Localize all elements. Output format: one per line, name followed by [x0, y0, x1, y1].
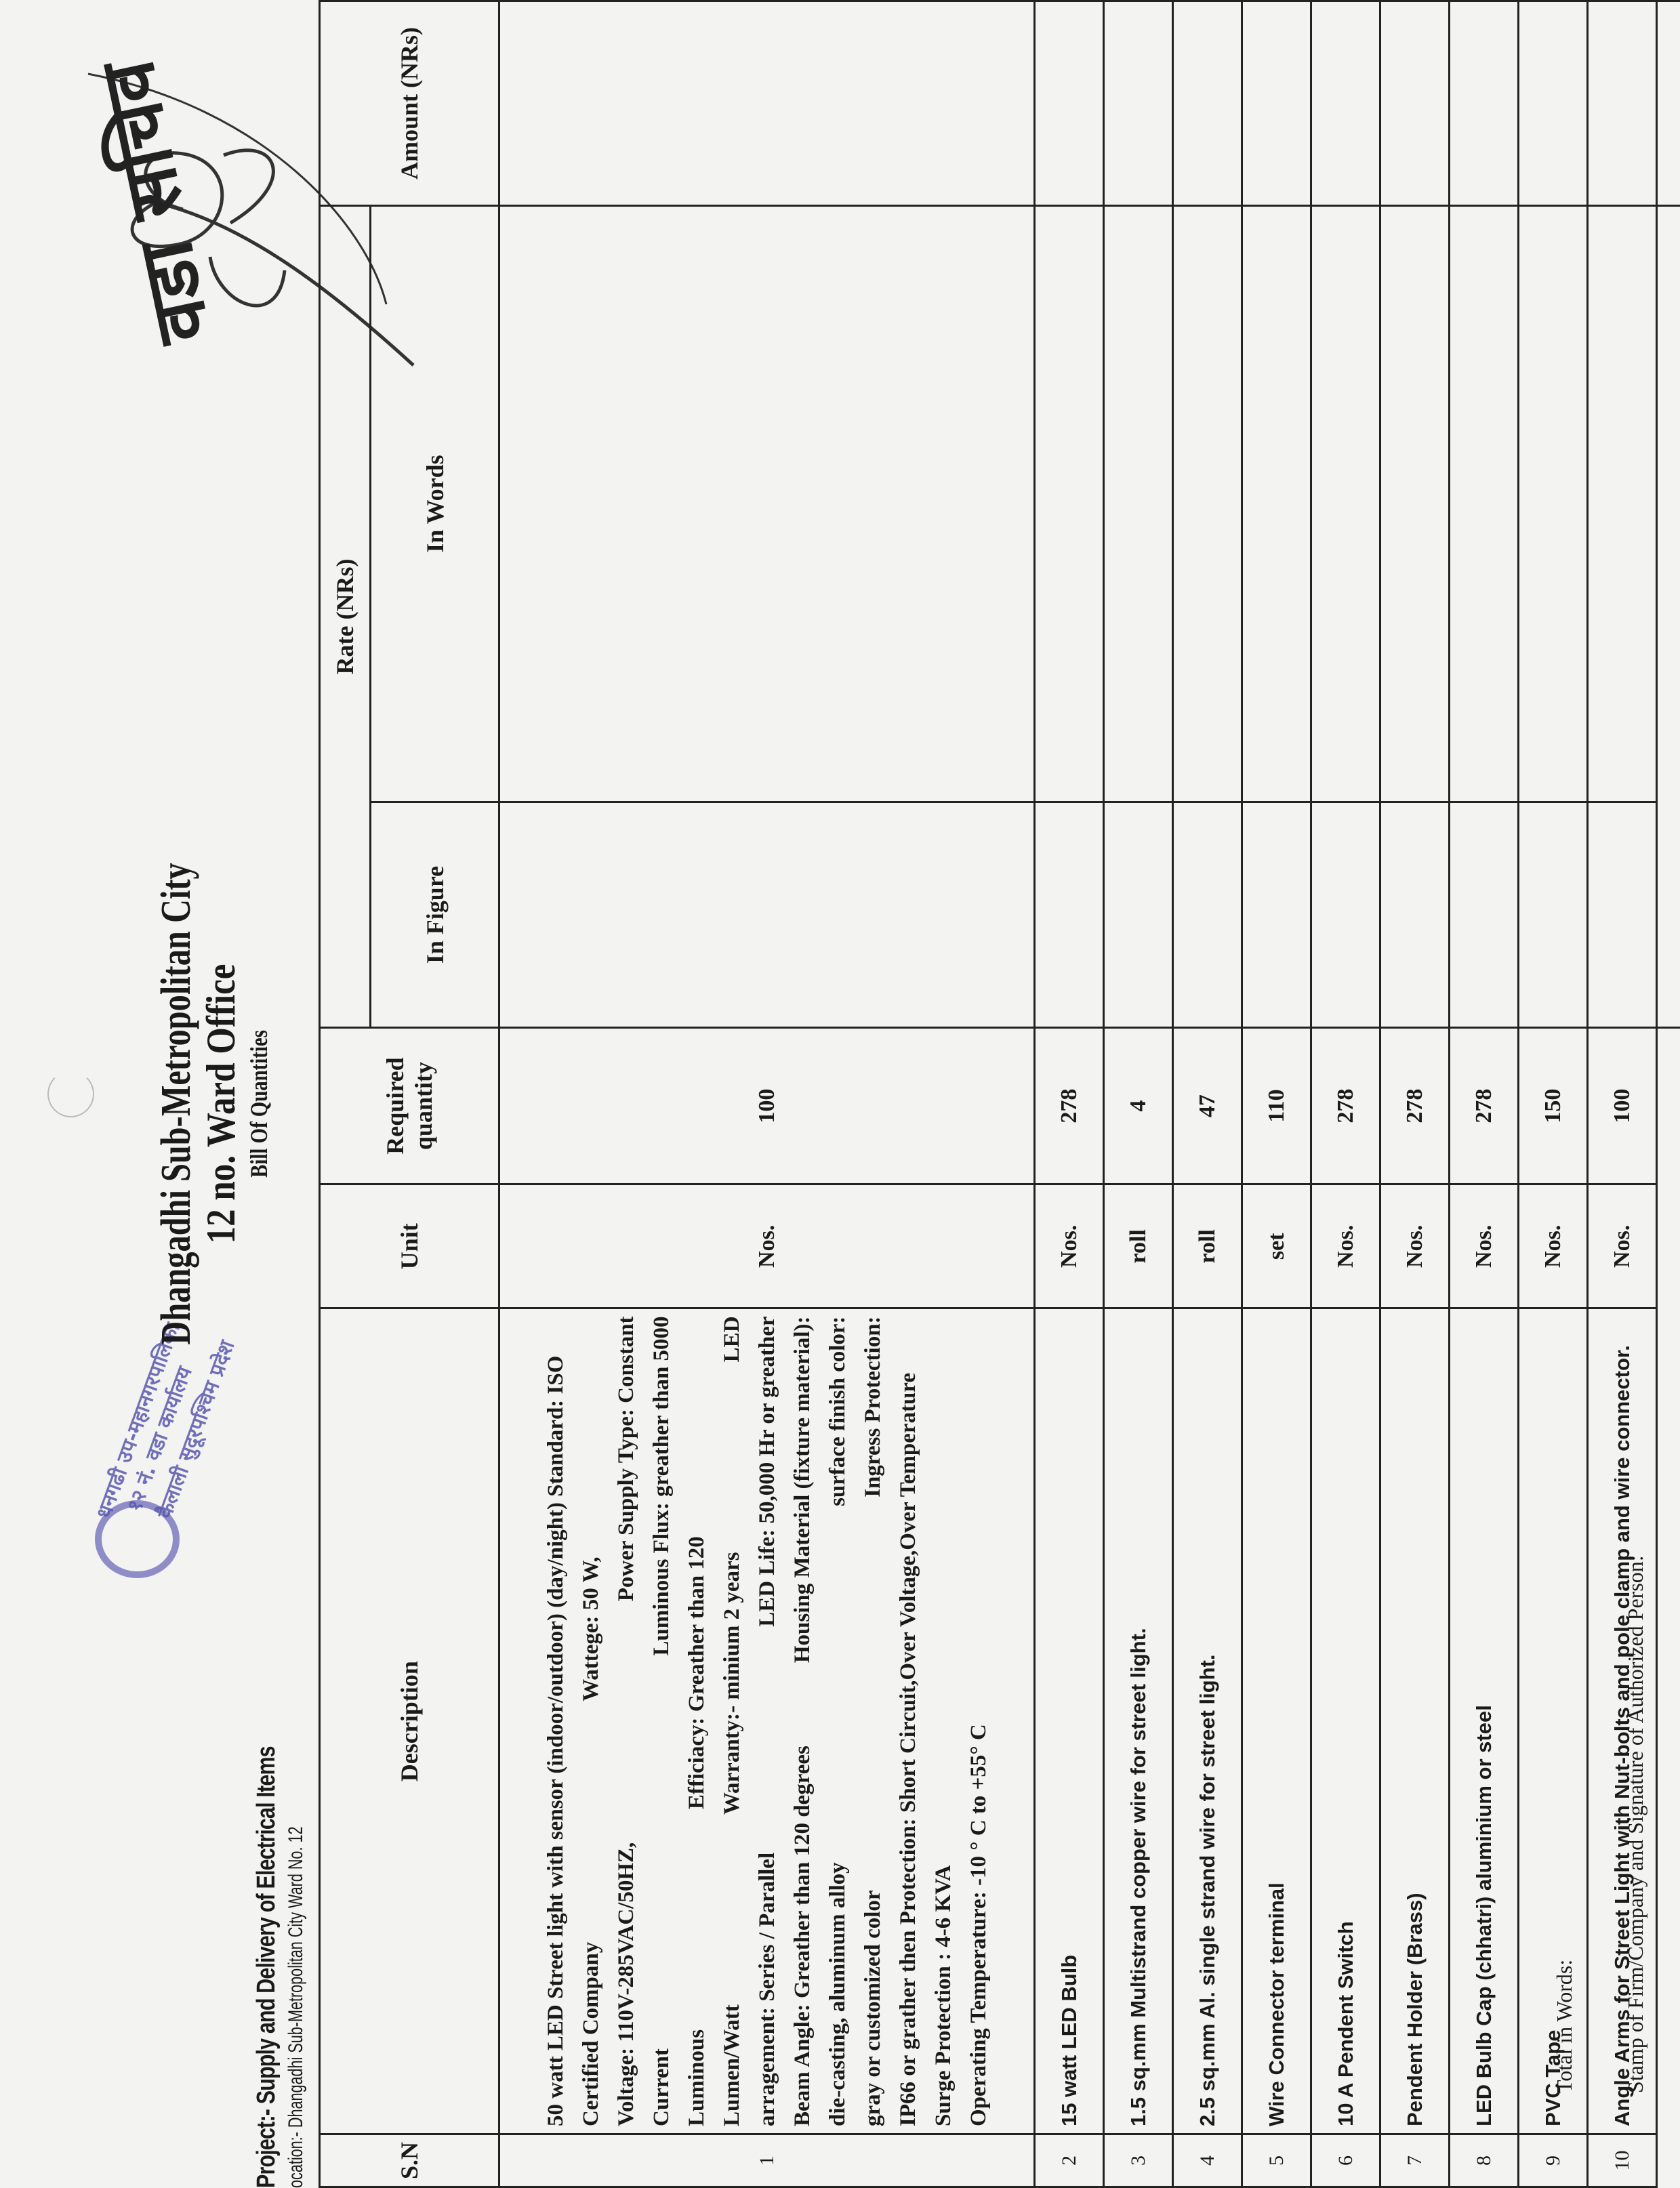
cell-sn: 7: [1380, 2134, 1450, 2187]
table-row: 610 A Pendent SwitchNos.278: [1311, 1, 1380, 2187]
description-line: LuminousEfficiacy: Greather than 120: [679, 1316, 714, 2126]
cell-amount[interactable]: [1104, 1, 1173, 206]
cell-sn: 5: [1242, 2134, 1311, 2187]
cell-rate-figure[interactable]: [1242, 802, 1311, 1028]
description-line: die-casting, aluminum alloysurface finis…: [820, 1316, 855, 2126]
cell-quantity: 278: [1380, 1027, 1450, 1184]
table-row: 9PVC TapeNos.150: [1519, 1, 1588, 2187]
cell-rate-figure[interactable]: [1519, 802, 1588, 1028]
description-text: Luminous: [679, 2029, 714, 2126]
cell-amount[interactable]: [1242, 1, 1311, 206]
description-line: Certified CompanyWattege: 50 W,: [573, 1316, 609, 2126]
cell-description: Pendent Holder (Brass): [1380, 1308, 1450, 2134]
cell-unit: Nos.: [1380, 1184, 1450, 1308]
cell-quantity: 100: [499, 1027, 1035, 1184]
cell-description: 2.5 sq.mm Al. single strand wire for str…: [1173, 1308, 1242, 2134]
description-text: 50 watt LED Street light with sensor (in…: [538, 1356, 573, 2126]
cell-sn: 9: [1519, 2134, 1588, 2187]
cell-sn: 2: [1035, 2134, 1104, 2187]
description-text: LED: [714, 1316, 750, 1362]
cell-rate-words[interactable]: [1173, 205, 1242, 802]
description-text: Wattege: 50 W,: [573, 1556, 609, 1701]
cell-quantity: 110: [1242, 1027, 1311, 1184]
cell-rate-words[interactable]: [1242, 205, 1311, 802]
location-label: ocation:- Dhangadhi Sub-Metropolitan Cit…: [285, 1827, 308, 2188]
cell-quantity: 278: [1311, 1027, 1380, 1184]
cell-sn: 6: [1311, 2134, 1380, 2187]
cell-rate-words[interactable]: [1519, 205, 1588, 802]
title-block: Dhangadhi Sub-Metropolitan City 12 no. W…: [152, 765, 273, 1443]
cell-rate-words[interactable]: [499, 205, 1035, 802]
description-text: surface finish color:: [820, 1316, 855, 1506]
cell-rate-figure[interactable]: [1450, 802, 1519, 1028]
header-sn: S.N: [320, 2134, 499, 2187]
cell-rate-figure[interactable]: [1104, 802, 1173, 1028]
cell-rate-words[interactable]: [1380, 205, 1450, 802]
description-line: CurrentLuminous Flux: greather than 5000: [644, 1316, 679, 2126]
description-text: Warranty:- minium 2 years: [714, 1552, 750, 1815]
description-text: Power Supply Type: Constant: [609, 1316, 644, 1601]
header-unit: Unit: [320, 1184, 499, 1308]
cell-sn: 4: [1173, 2134, 1242, 2187]
cell-rate-figure[interactable]: [1380, 802, 1450, 1028]
description-line: arragement: Series / ParallelLED Life: 5…: [750, 1316, 785, 2126]
table-row: 215 watt LED BulbNos.278: [1035, 1, 1104, 2187]
description-text: Surge Protection : 4-6 KVA: [926, 1865, 961, 2126]
description-line: Voltage: 110V-285VAC/50HZ,Power Supply T…: [609, 1316, 644, 2126]
description-text: Certified Company: [573, 1942, 609, 2126]
cell-rate-figure[interactable]: [1035, 802, 1104, 1028]
boq-table: S.N Description Unit Required quantity R…: [319, 0, 1680, 2188]
description-line: Surge Protection : 4-6 KVA: [926, 1316, 961, 2126]
cell-rate-words[interactable]: [1104, 205, 1173, 802]
description-line: IP66 or grather then Protection: Short C…: [890, 1316, 926, 2126]
cell-amount[interactable]: [1035, 1, 1104, 206]
header-description: Description: [320, 1308, 499, 2134]
cell-quantity: 4: [1104, 1027, 1173, 1184]
total-amount-value[interactable]: [1657, 1, 1680, 206]
total-in-words-label: Total in Words:: [1552, 1960, 1577, 2093]
cell-rate-figure[interactable]: [499, 802, 1035, 1028]
cell-rate-words[interactable]: [1035, 205, 1104, 802]
cell-amount[interactable]: [1311, 1, 1380, 206]
header-in-figure: In Figure: [371, 802, 499, 1028]
cell-unit: Nos.: [1588, 1184, 1657, 1308]
description-line: 50 watt LED Street light with sensor (in…: [538, 1316, 573, 2126]
total-amount-row: Total Amount: [1657, 1, 1680, 2187]
cell-sn: 10: [1588, 2134, 1657, 2187]
cell-quantity: 47: [1173, 1027, 1242, 1184]
cell-rate-figure[interactable]: [1311, 802, 1380, 1028]
description-text: Beam Angle: Greather than 120 degrees: [785, 1746, 820, 2126]
cell-quantity: 150: [1519, 1027, 1588, 1184]
header-quantity-line1: Required: [381, 1035, 409, 1176]
cell-amount[interactable]: [1380, 1, 1450, 206]
header-rate: Rate (NRs): [320, 205, 371, 1027]
description-text: IP66 or grather then Protection: Short C…: [890, 1373, 926, 2126]
cell-unit: Nos.: [1450, 1184, 1519, 1308]
description-text: Efficiacy: Greather than 120: [679, 1536, 714, 1809]
table-row: 1 50 watt LED Street light with sensor (…: [499, 1, 1035, 2187]
page-subtitle: 12 no. Ward Office: [198, 816, 245, 1392]
cell-amount[interactable]: [1588, 1, 1657, 206]
cell-rate-words[interactable]: [1450, 205, 1519, 802]
description-line: gray or customized colorIngress Protecti…: [855, 1316, 890, 2126]
table-row: 7Pendent Holder (Brass)Nos.278: [1380, 1, 1450, 2187]
description-line: Beam Angle: Greather than 120 degreesHou…: [785, 1316, 820, 2126]
cell-description: 10 A Pendent Switch: [1311, 1308, 1380, 2134]
header-quantity-line2: quantity: [409, 1035, 438, 1176]
description-text: Current: [644, 2048, 679, 2126]
cell-sn: 3: [1104, 2134, 1173, 2187]
header-in-words: In Words: [371, 205, 499, 802]
cell-unit: roll: [1104, 1184, 1173, 1308]
table-row: 31.5 sq.mm Multistrand copper wire for s…: [1104, 1, 1173, 2187]
total-amount-label: Total Amount: [1657, 205, 1680, 1027]
cell-sn: 1: [499, 2134, 1035, 2187]
cell-description: LED Bulb Cap (chhatri) aluminium or stee…: [1450, 1308, 1519, 2134]
cell-rate-words[interactable]: [1311, 205, 1380, 802]
description-text: Ingress Protection:: [855, 1316, 890, 1497]
cell-rate-figure[interactable]: [1173, 802, 1242, 1028]
cell-description: 1.5 sq.mm Multistrand copper wire for st…: [1104, 1308, 1173, 2134]
description-text: Housing Material (fixture material):: [785, 1316, 820, 1663]
table-row: 5Wire Connector terminalset110: [1242, 1, 1311, 2187]
description-line: Operating Temperature: -10 ° C to +55° C: [961, 1316, 996, 2126]
cell-quantity: 278: [1035, 1027, 1104, 1184]
cell-amount[interactable]: [1173, 1, 1242, 206]
description-text: gray or customized color: [855, 1890, 890, 2126]
cell-sn: 8: [1450, 2134, 1519, 2187]
table-row: 8LED Bulb Cap (chhatri) aluminium or ste…: [1450, 1, 1519, 2187]
header-quantity: Required quantity: [320, 1027, 499, 1184]
cell-unit: Nos.: [1519, 1184, 1588, 1308]
description-text: Luminous Flux: greather than 5000: [644, 1316, 679, 1655]
cell-rate-words[interactable]: [1588, 205, 1657, 802]
project-label: Project:- Supply and Delivery of Electri…: [252, 1746, 281, 2188]
cell-unit: Nos.: [1035, 1184, 1104, 1308]
cell-quantity: 278: [1450, 1027, 1519, 1184]
cell-description: 15 watt LED Bulb: [1035, 1308, 1104, 2134]
cell-amount[interactable]: [1519, 1, 1588, 206]
bill-of-quantities-page: धनगढी उप-महानगरपालिका १२ नं. वडा कार्याल…: [0, 0, 1680, 2188]
page-title: Dhangadhi Sub-Metropolitan City: [152, 840, 201, 1368]
description-text: die-casting, aluminum alloy: [820, 1862, 855, 2126]
cell-quantity: 100: [1588, 1027, 1657, 1184]
cell-amount[interactable]: [1450, 1, 1519, 206]
stamp-signature-label: Stamp of Firm/Company and Signature of A…: [1623, 1555, 1648, 2093]
cell-unit: set: [1242, 1184, 1311, 1308]
description-line: Lumen/WattWarranty:- minium 2 yearsLED: [714, 1316, 750, 2126]
description-text: Lumen/Watt: [714, 2004, 750, 2126]
description-text: LED Life: 50,000 Hr or greather: [750, 1316, 785, 1626]
cell-unit: Nos.: [499, 1184, 1035, 1308]
cell-rate-figure[interactable]: [1588, 802, 1657, 1028]
cell-description: 50 watt LED Street light with sensor (in…: [499, 1308, 1035, 2134]
description-text: Operating Temperature: -10 ° C to +55° C: [961, 1724, 996, 2126]
punch-hole: [47, 1071, 94, 1117]
cell-amount[interactable]: [499, 1, 1035, 206]
header-amount: Amount (NRs): [320, 1, 499, 206]
cell-unit: roll: [1173, 1184, 1242, 1308]
table-row: 42.5 sq.mm Al. single strand wire for st…: [1173, 1, 1242, 2187]
cell-unit: Nos.: [1311, 1184, 1380, 1308]
description-text: Voltage: 110V-285VAC/50HZ,: [609, 1842, 644, 2126]
description-text: arragement: Series / Parallel: [750, 1853, 785, 2126]
document-type: Bill Of Quantities: [245, 833, 273, 1375]
cell-description: Wire Connector terminal: [1242, 1308, 1311, 2134]
